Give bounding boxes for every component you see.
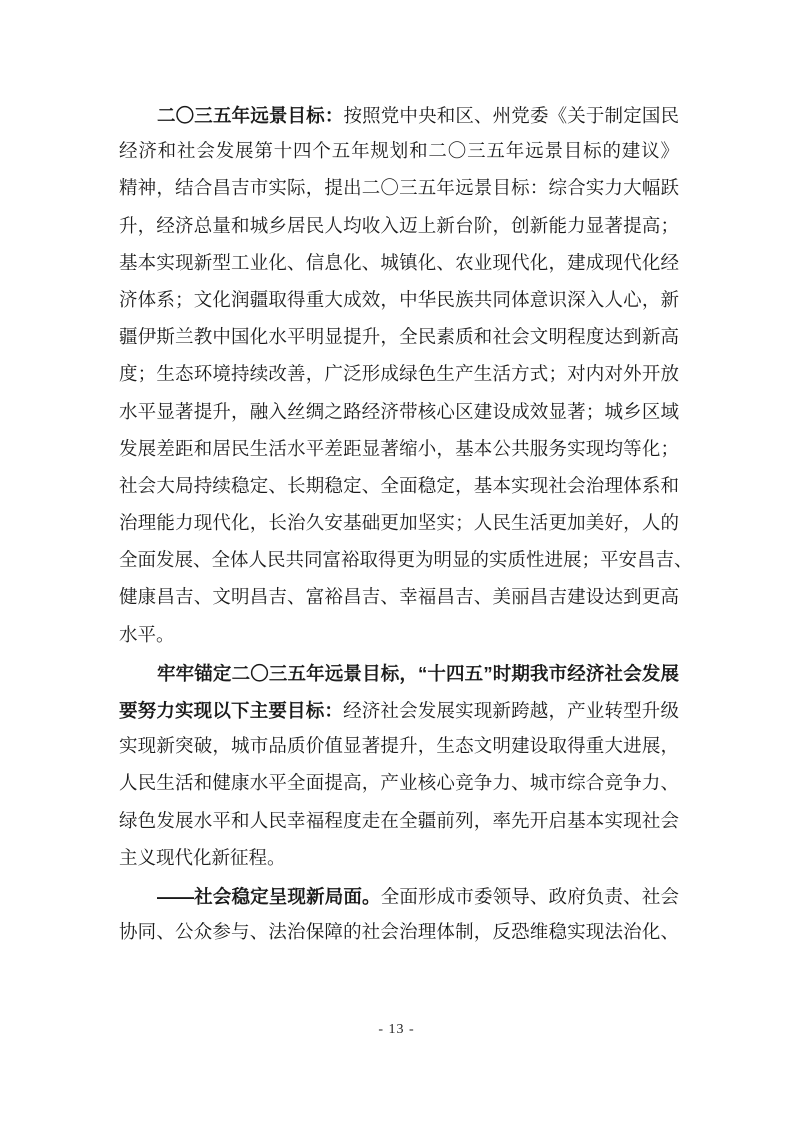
text-line: 牢牢锚定二〇三五年远景目标，“十四五”时期我市经济社会发展: [119, 655, 679, 692]
text-run: 健康昌吉、文明昌吉、富裕昌吉、幸福昌吉、美丽昌吉建设达到更高: [119, 588, 679, 608]
text-run: 主义现代化新征程。: [119, 849, 286, 869]
text-run: 按照党中央和区、州党委《关于制定国民: [343, 107, 679, 127]
text-line: 水平。: [119, 618, 679, 655]
text-line: 健康昌吉、文明昌吉、富裕昌吉、幸福昌吉、美丽昌吉建设达到更高: [119, 580, 679, 617]
text-line: 发展差距和居民生活水平差距显著缩小，基本公共服务实现均等化；: [119, 432, 679, 469]
text-run: 水平。: [119, 626, 175, 646]
text-run: 发展差距和居民生活水平差距显著缩小，基本公共服务实现均等化；: [119, 440, 679, 460]
text-run: 济体系；文化润疆取得重大成效，中华民族共同体意识深入人心，新: [119, 291, 679, 311]
text-line: 水平显著提升，融入丝绸之路经济带核心区建设成效显著；城乡区域: [119, 395, 679, 432]
text-line: 全面发展、全体人民共同富裕取得更为明显的实质性进展；平安昌吉、: [119, 543, 679, 580]
text-line: 绿色发展水平和人民幸福程度走在全疆前列，率先开启基本实现社会: [119, 804, 679, 841]
text-run: 全面形成市委领导、政府负责、社会: [381, 888, 679, 908]
text-line: 实现新突破，城市品质价值显著提升，生态文明建设取得重大进展，: [119, 729, 679, 766]
text-run: 度；生态环境持续改善，广泛形成绿色生产生活方式；对内对外开放: [119, 365, 679, 385]
text-line: 治理能力现代化，长治久安基础更加坚实；人民生活更加美好，人的: [119, 506, 679, 543]
text-line: 基本实现新型工业化、信息化、城镇化、农业现代化，建成现代化经: [119, 246, 679, 283]
text-run: 社会大局持续稳定、长期稳定、全面稳定，基本实现社会治理体系和: [119, 477, 679, 497]
text-line: 协同、公众参与、法治保障的社会治理体制，反恐维稳实现法治化、: [119, 915, 679, 952]
bold-run: 要努力实现以下主要目标：: [119, 700, 343, 721]
text-line: 济体系；文化润疆取得重大成效，中华民族共同体意识深入人心，新: [119, 283, 679, 320]
text-run: 人民生活和健康水平全面提高，产业核心竞争力、城市综合竞争力、: [119, 774, 679, 794]
text-line: 度；生态环境持续改善，广泛形成绿色生产生活方式；对内对外开放: [119, 357, 679, 394]
text-run: 实现新突破，城市品质价值显著提升，生态文明建设取得重大进展，: [119, 737, 679, 757]
text-run: 水平显著提升，融入丝绸之路经济带核心区建设成效显著；城乡区域: [119, 403, 679, 423]
text-run: 协同、公众参与、法治保障的社会治理体制，反恐维稳实现法治化、: [119, 923, 679, 943]
page-number: - 13 -: [0, 1022, 793, 1038]
bold-run: 牢牢锚定二〇三五年远景目标，“十四五”时期我市经济社会发展: [157, 663, 679, 684]
text-run: 疆伊斯兰教中国化水平明显提升，全民素质和社会文明程度达到新高: [119, 328, 679, 348]
bold-run: 二〇三五年远景目标：: [157, 105, 343, 126]
text-run: 基本实现新型工业化、信息化、城镇化、农业现代化，建成现代化经: [119, 254, 679, 274]
text-line: 社会大局持续稳定、长期稳定、全面稳定，基本实现社会治理体系和: [119, 469, 679, 506]
text-line: 经济和社会发展第十四个五年规划和二〇三五年远景目标的建议》: [119, 134, 679, 171]
text-line: 精神，结合昌吉市实际，提出二〇三五年远景目标：综合实力大幅跃: [119, 171, 679, 208]
text-run: 全面发展、全体人民共同富裕取得更为明显的实质性进展；平安昌吉、: [119, 551, 693, 571]
text-line: 疆伊斯兰教中国化水平明显提升，全民素质和社会文明程度达到新高: [119, 320, 679, 357]
text-line: 主义现代化新征程。: [119, 841, 679, 878]
text-run: 治理能力现代化，长治久安基础更加坚实；人民生活更加美好，人的: [119, 514, 679, 534]
text-run: 经济社会发展实现新跨越，产业转型升级: [343, 702, 679, 722]
text-line: 要努力实现以下主要目标：经济社会发展实现新跨越，产业转型升级: [119, 692, 679, 729]
text-line: ——社会稳定呈现新局面。全面形成市委领导、政府负责、社会: [119, 878, 679, 915]
text-run: 绿色发展水平和人民幸福程度走在全疆前列，率先开启基本实现社会: [119, 812, 679, 832]
text-run: 升，经济总量和城乡居民人均收入迈上新台阶，创新能力显著提高；: [119, 217, 679, 237]
text-line: 人民生活和健康水平全面提高，产业核心竞争力、城市综合竞争力、: [119, 766, 679, 803]
text-run: 精神，结合昌吉市实际，提出二〇三五年远景目标：综合实力大幅跃: [119, 179, 679, 199]
document-page: 二〇三五年远景目标：按照党中央和区、州党委《关于制定国民 经济和社会发展第十四个…: [0, 0, 793, 1122]
document-body: 二〇三五年远景目标：按照党中央和区、州党委《关于制定国民 经济和社会发展第十四个…: [119, 97, 679, 952]
text-line: 升，经济总量和城乡居民人均收入迈上新台阶，创新能力显著提高；: [119, 209, 679, 246]
bold-run: ——社会稳定呈现新局面。: [157, 886, 381, 907]
text-run: 经济和社会发展第十四个五年规划和二〇三五年远景目标的建议》: [119, 142, 679, 162]
text-line: 二〇三五年远景目标：按照党中央和区、州党委《关于制定国民: [119, 97, 679, 134]
